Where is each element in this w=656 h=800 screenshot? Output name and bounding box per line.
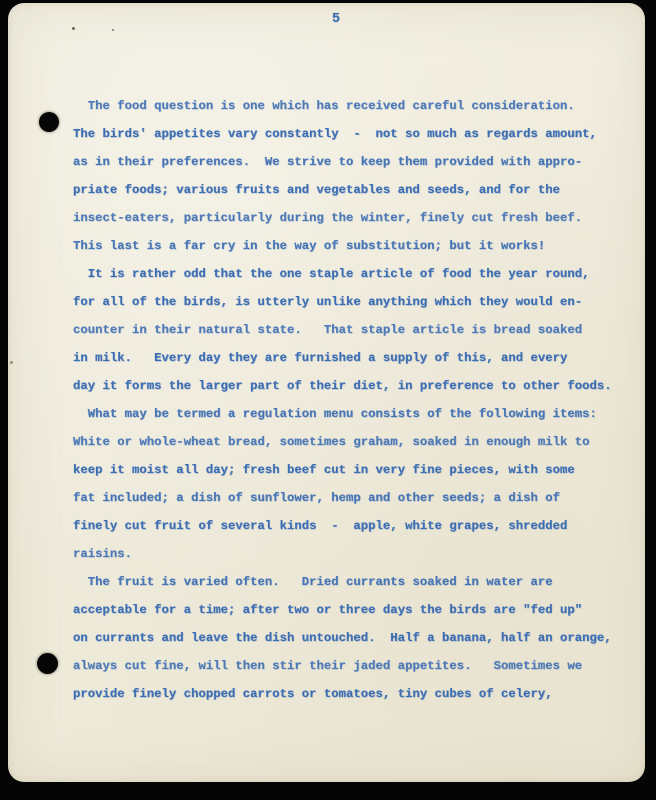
hole-punch-top: [39, 112, 59, 132]
typed-line: The birds' appetites vary constantly - n…: [73, 120, 633, 148]
typed-line: fat included; a dish of sunflower, hemp …: [73, 484, 633, 512]
typed-line: What may be termed a regulation menu con…: [73, 400, 633, 428]
document-page: 5 The food question is one which has rec…: [8, 3, 645, 782]
typed-line: It is rather odd that the one staple art…: [73, 260, 633, 288]
typed-line: acceptable for a time; after two or thre…: [73, 596, 633, 624]
hole-punch-bottom: [37, 653, 58, 674]
page-number: 5: [332, 12, 340, 27]
typed-line: provide finely chopped carrots or tomato…: [73, 680, 633, 708]
scanned-document: 5 The food question is one which has rec…: [0, 0, 656, 800]
typed-line: The fruit is varied often. Dried currant…: [73, 568, 633, 596]
typed-line: in milk. Every day they are furnished a …: [73, 344, 633, 372]
paper-speck: [72, 27, 75, 30]
paper-speck: [10, 361, 13, 364]
typed-line: counter in their natural state. That sta…: [73, 316, 633, 344]
typed-line: insect-eaters, particularly during the w…: [73, 204, 633, 232]
typed-line: The food question is one which has recei…: [73, 92, 633, 120]
typed-line: raisins.: [73, 540, 633, 568]
typed-line: finely cut fruit of several kinds - appl…: [73, 512, 633, 540]
typed-line: for all of the birds, is utterly unlike …: [73, 288, 633, 316]
typed-line: This last is a far cry in the way of sub…: [73, 232, 633, 260]
typed-line: on currants and leave the dish untouched…: [73, 624, 633, 652]
typed-line: priate foods; various fruits and vegetab…: [73, 176, 633, 204]
typed-line: as in their preferences. We strive to ke…: [73, 148, 633, 176]
typed-line: keep it moist all day; fresh beef cut in…: [73, 456, 633, 484]
typed-line: always cut fine, will then stir their ja…: [73, 652, 633, 680]
typed-line: White or whole-wheat bread, sometimes gr…: [73, 428, 633, 456]
paper-speck: [112, 29, 114, 31]
typed-line: day it forms the larger part of their di…: [73, 372, 633, 400]
typed-text: The food question is one which has recei…: [73, 92, 633, 708]
